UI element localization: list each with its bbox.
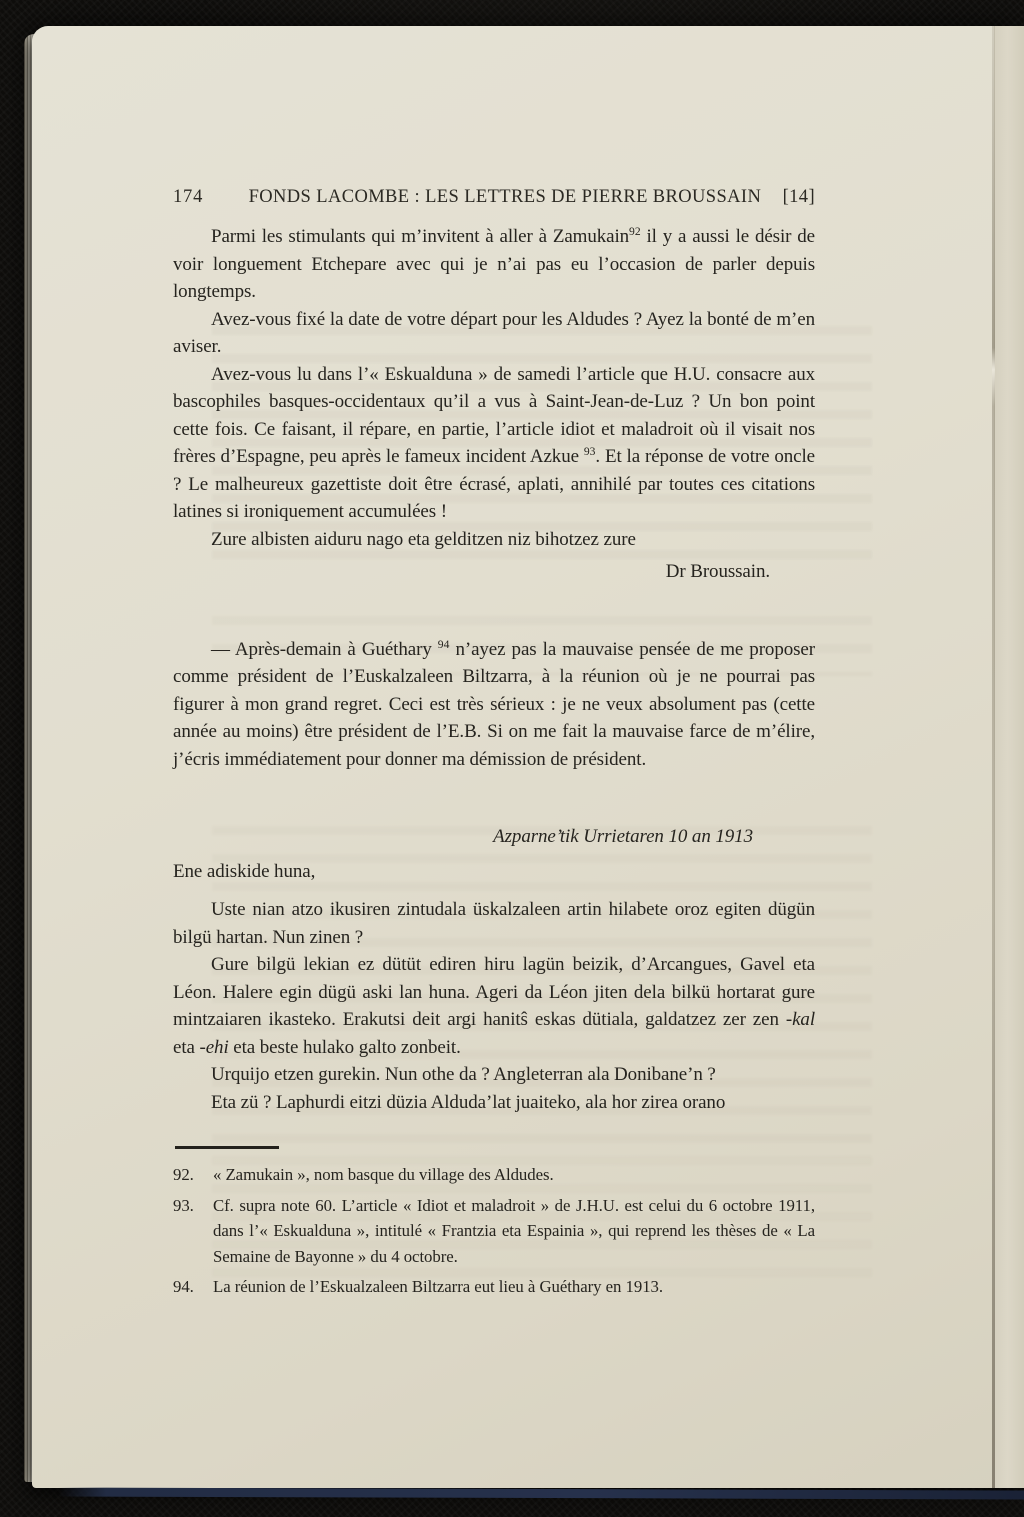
signature: Dr Broussain. xyxy=(173,558,815,586)
letter-second: Azparne’tik Urrietaren 10 an 1913 Ene ad… xyxy=(173,823,815,1116)
running-title: FONDS LACOMBE : LES LETTRES DE PIERRE BR… xyxy=(249,184,762,212)
letter-first: Parmi les stimulants qui m’invitent à al… xyxy=(173,223,815,773)
paragraph: Avez-vous lu dans l’« Eskualduna » de sa… xyxy=(173,361,815,526)
gutter-fold-line xyxy=(992,26,995,1488)
closing-line: Zure albisten aiduru nago eta gelditzen … xyxy=(173,526,815,554)
footnote-ref-94: 94 xyxy=(438,638,450,651)
page-number: 174 xyxy=(173,184,249,212)
footnotes: 92. « Zamukain », nom basque du village … xyxy=(173,1162,815,1300)
footnote-number: 94. xyxy=(173,1274,213,1300)
footnote-separator xyxy=(175,1146,279,1149)
paragraph: Avez-vous fixé la date de votre départ p… xyxy=(173,306,815,361)
paragraph: Gure bilgü lekian ez dütüt ediren hiru l… xyxy=(173,951,815,1061)
salutation: Ene adiskide huna, xyxy=(173,858,815,886)
running-header: 174 FONDS LACOMBE : LES LETTRES DE PIERR… xyxy=(173,184,815,208)
right-leaf-shading xyxy=(994,26,1024,1488)
paragraph: Urquijo etzen gurekin. Nun othe da ? Ang… xyxy=(173,1061,815,1089)
footnote-text: « Zamukain », nom basque du village des … xyxy=(213,1162,815,1188)
italic-term: -ehi xyxy=(200,1037,229,1058)
footnote: 94. La réunion de l’Eskualzaleen Biltzar… xyxy=(173,1274,815,1300)
footnote-text: La réunion de l’Eskualzaleen Biltzarra e… xyxy=(213,1274,815,1300)
footnote-ref-92: 92 xyxy=(629,225,641,238)
dateline: Azparne’tik Urrietaren 10 an 1913 xyxy=(173,823,815,851)
footnote: 93. Cf. supra note 60. L’article « Idiot… xyxy=(173,1193,815,1270)
paragraph-text: eta beste hulako galto zonbeit. xyxy=(229,1037,461,1058)
page-content: 174 FONDS LACOMBE : LES LETTRES DE PIERR… xyxy=(173,184,815,1305)
paragraph-text: — Après-demain à Guéthary xyxy=(211,639,438,660)
paragraph-text: Parmi les stimulants qui m’invitent à al… xyxy=(211,226,629,247)
paragraph: Eta zü ? Laphurdi eitzi düzia Alduda’lat… xyxy=(173,1089,815,1117)
paragraph: Parmi les stimulants qui m’invitent à al… xyxy=(173,223,815,306)
paragraph-text: eta xyxy=(173,1037,200,1058)
paragraph-text: Gure bilgü lekian ez dütüt ediren hiru l… xyxy=(173,954,815,1030)
italic-term: -kal xyxy=(786,1009,815,1030)
footnote-number: 92. xyxy=(173,1162,213,1188)
footnote-text: Cf. supra note 60. L’article « Idiot et … xyxy=(213,1193,815,1270)
footnote-ref-93: 93 xyxy=(584,445,596,458)
footnote-number: 93. xyxy=(173,1193,213,1270)
paragraph: Uste nian atzo ikusiren zintudala üskalz… xyxy=(173,896,815,951)
footnote: 92. « Zamukain », nom basque du village … xyxy=(173,1162,815,1188)
postscript-paragraph: — Après-demain à Guéthary 94 n’ayez pas … xyxy=(173,636,815,774)
folio-marker: [14] xyxy=(761,184,815,212)
